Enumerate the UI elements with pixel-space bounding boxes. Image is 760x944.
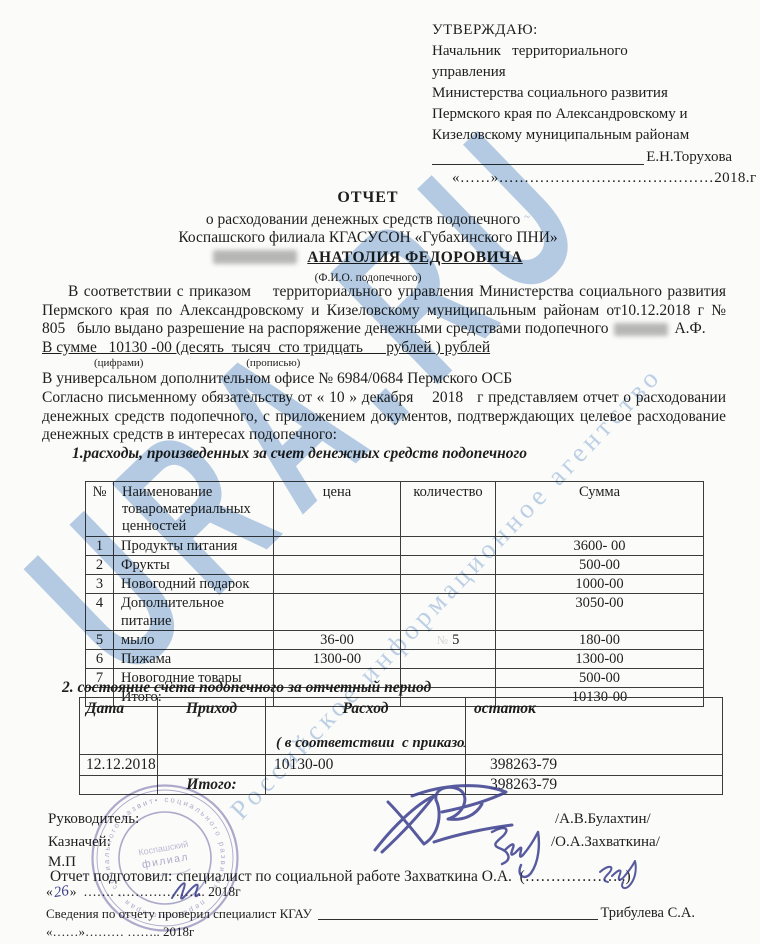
checked-by-text: Сведения по отчету проверил специалист К… — [46, 906, 312, 922]
table-row: 4 Дополнительное питание 3050-00 — [86, 594, 704, 631]
col-quantity: количество — [401, 482, 496, 537]
director-name: /А.В.Булахтин/ — [555, 811, 651, 828]
cell-sum: 500-00 — [496, 556, 704, 575]
treasurer-name: /О.А.Захваткина/ — [551, 834, 660, 851]
expenses-header-row: № Наименование товароматериальных ценнос… — [86, 482, 704, 537]
report-title: ОТЧЕТ — [0, 189, 736, 208]
cell-sum: 180-00 — [496, 631, 704, 650]
ward-name-line: АНАТОЛИЯ ФЕДОРОВИЧА — [0, 249, 736, 268]
ward-initials: А.Ф. — [674, 320, 705, 337]
cell-expense — [266, 776, 466, 795]
table-row: 1 Продукты питания 3600- 00 — [86, 537, 704, 556]
cell-price — [274, 594, 401, 631]
handwritten-day: 26 — [53, 883, 70, 902]
cell-sum: 3050-00 — [496, 594, 704, 631]
approval-line: Пермского края по Александровскому и — [432, 104, 732, 125]
col-date: Дата — [80, 698, 158, 755]
cell-balance: 398263-79 — [466, 755, 723, 776]
cell-number: 2 — [86, 556, 114, 575]
col-expense-label: Расход — [266, 698, 465, 718]
report-org-line: Коспашского филиала КГАСУСОН «Губахинско… — [0, 229, 736, 248]
report-subtitle: о расходовании денежных средств подопечн… — [0, 208, 736, 230]
ward-name: АНАТОЛИЯ ФЕДОРОВИЧА — [307, 249, 522, 266]
signature-line — [318, 919, 599, 920]
scan-artifact: № — [437, 633, 448, 647]
cell-price: 1300-00 — [274, 650, 401, 669]
cell-sum: 3600- 00 — [496, 537, 704, 556]
total-label: Итого: — [158, 776, 266, 795]
report-subtitle-text: о расходовании денежных средств подопечн… — [206, 211, 520, 228]
checked-date-line: «……»……… …….. 2018г — [46, 924, 194, 940]
approval-signature-row: Е.Н.Торухова — [432, 147, 732, 168]
redacted-surname — [213, 250, 297, 264]
title-block: ОТЧЕТ о расходовании денежных средств по… — [0, 189, 736, 288]
sum-captions: (цифрами) (прописью) — [42, 357, 726, 370]
cell-quantity: №5 — [401, 631, 496, 650]
cell-price — [274, 556, 401, 575]
cell-quantity — [401, 575, 496, 594]
col-income: Приход — [158, 698, 266, 755]
approval-block: УТВЕРЖДАЮ: Начальник территориального уп… — [432, 20, 732, 168]
signature-line — [432, 164, 644, 165]
col-price: цена — [274, 482, 401, 537]
role-treasurer: Казначей: — [48, 834, 111, 851]
col-date-label: Дата — [86, 698, 157, 718]
cell-item: Фрукты — [114, 556, 274, 575]
cell-quantity — [401, 650, 496, 669]
paragraph-obligation: Согласно письменному обязательству от « … — [42, 389, 726, 445]
scanned-report-page: { "approval": { "line0": "УТВЕРЖДАЮ:", "… — [0, 0, 760, 944]
approval-heading: УТВЕРЖДАЮ: — [432, 20, 732, 41]
bank-office-line: В универсальном дополнительном офисе № 6… — [42, 370, 726, 389]
table-row: 5 мыло 36-00 №5 180-00 — [86, 631, 704, 650]
bracket-open: « — [46, 884, 53, 899]
col-expense: Расход ( в соответствии с приказом) — [266, 698, 466, 755]
cell-price — [274, 575, 401, 594]
cell-date: 12.12.2018 — [80, 755, 158, 776]
cell-number: 4 — [86, 594, 114, 631]
checker-name: Трибулева С.А. — [600, 905, 695, 922]
table-row: 3 Новогодний подарок 1000-00 — [86, 575, 704, 594]
cell-quantity — [401, 537, 496, 556]
account-total-row: Итого: 398263-79 — [80, 776, 723, 795]
cell-quantity — [401, 556, 496, 575]
bracket-close: » — [70, 884, 77, 899]
quantity-value: 5 — [452, 632, 459, 648]
sum-line: В сумме 10130 -00 (десять тысяч сто трид… — [42, 339, 726, 358]
approval-line: Министерства социального развития — [432, 83, 732, 104]
cell-quantity — [401, 594, 496, 631]
total-balance: 398263-79 — [466, 776, 723, 795]
col-item-name: Наименование товароматериальных ценносте… — [114, 482, 274, 537]
col-balance-label: остаток — [474, 698, 722, 718]
col-expense-note: ( в соответствии с приказом) — [276, 735, 466, 752]
approval-date-line: «……»……………………………………2018.г — [452, 170, 757, 187]
cell-date — [80, 776, 158, 795]
cell-number: 1 — [86, 537, 114, 556]
cell-item: мыло — [114, 631, 274, 650]
approver-name: Е.Н.Торухова — [644, 147, 732, 168]
cell-sum: 1000-00 — [496, 575, 704, 594]
table-row: 2 Фрукты 500-00 — [86, 556, 704, 575]
section2-title: 2. состояние счета подопечного за отчетн… — [62, 679, 431, 697]
cell-price — [274, 537, 401, 556]
stamp-line1: Коспашский — [138, 839, 189, 858]
cell-number: 5 — [86, 631, 114, 650]
cell-income — [158, 755, 266, 776]
redacted-ward-surname — [614, 323, 668, 336]
col-sum: Сумма — [496, 482, 704, 537]
role-director: Руководитель: — [48, 811, 139, 828]
approval-line: Кизеловскому муниципальным районам — [432, 125, 732, 146]
paragraph-order: В соответствии с приказом территориально… — [42, 283, 726, 339]
cell-number: 3 — [86, 575, 114, 594]
col-number: № — [86, 482, 114, 537]
account-header-row: Дата Приход Расход ( в соответствии с пр… — [80, 698, 723, 755]
date-dots: ……. ……………….. 2018г — [77, 884, 241, 899]
table-row: 6 Пижама 1300-00 1300-00 — [86, 650, 704, 669]
body-text: В соответствии с приказом территориально… — [42, 283, 726, 463]
caption-digits: (цифрами) — [94, 357, 143, 369]
cell-item: Дополнительное питание — [114, 594, 274, 631]
cell-item: Пижама — [114, 650, 274, 669]
cell-sum: 1300-00 — [496, 650, 704, 669]
cell-price: 36-00 — [274, 631, 401, 650]
expenses-table: № Наименование товароматериальных ценнос… — [85, 481, 704, 707]
cell-expense: 10130-00 — [266, 755, 466, 776]
caption-words: (прописью) — [246, 357, 300, 369]
section1-title: 1.расходы, произведенных за счет денежны… — [42, 445, 726, 464]
director-signature — [375, 786, 512, 852]
cell-number: 6 — [86, 650, 114, 669]
account-table: Дата Приход Расход ( в соответствии с пр… — [79, 697, 723, 795]
col-balance: остаток — [466, 698, 723, 755]
checked-by-line: Сведения по отчету проверил специалист К… — [46, 905, 695, 922]
cell-item: Продукты питания — [114, 537, 274, 556]
approval-line: управления — [432, 62, 732, 83]
cell-item: Новогодний подарок — [114, 575, 274, 594]
approval-line: Начальник территориального — [432, 41, 732, 62]
col-income-label: Приход — [158, 698, 265, 718]
account-row: 12.12.2018 10130-00 398263-79 — [80, 755, 723, 776]
cell-sum: 500-00 — [496, 669, 704, 688]
prepared-date-line: «26» ……. ……………….. 2018г — [46, 884, 241, 901]
scan-smudge: ~ — [524, 211, 530, 223]
